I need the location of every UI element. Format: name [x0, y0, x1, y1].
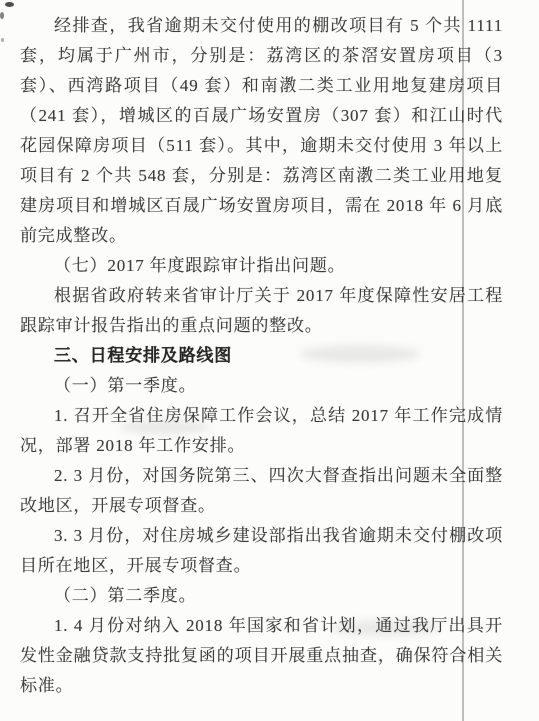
scan-speck — [1, 38, 4, 42]
body-paragraph-q1-item-3: 3. 3 月份，对住房城乡建设部指出我省逾期未交付棚改项目所在地区，开展专项督查… — [20, 521, 503, 581]
scanned-document-page: 经排查，我省逾期未交付使用的棚改项目有 5 个共 1111 套，均属于广州市，分… — [0, 0, 539, 721]
body-paragraph-shantytown-overdue: 经排查，我省逾期未交付使用的棚改项目有 5 个共 1111 套，均属于广州市，分… — [20, 11, 503, 251]
body-paragraph-first-quarter: （一）第一季度。 — [20, 371, 503, 401]
body-paragraph-item-seven: （七）2017 年度跟踪审计指出问题。 — [20, 251, 503, 281]
body-paragraph-second-quarter: （二）第二季度。 — [20, 581, 503, 611]
body-paragraph-q1-item-1: 1. 召开全省住房保障工作会议，总结 2017 年工作完成情况，部署 2018 … — [20, 401, 503, 461]
body-paragraph-audit-rectification: 根据省政府转来省审计厅关于 2017 年度保障性安居工程跟踪审计报告指出的重点问… — [20, 281, 503, 341]
document-content: 经排查，我省逾期未交付使用的棚改项目有 5 个共 1111 套，均属于广州市，分… — [20, 11, 503, 701]
scan-speck — [5, 2, 14, 7]
scan-speck — [0, 12, 4, 19]
body-paragraph-q2-item-1: 1. 4 月份对纳入 2018 年国家和省计划，通过我厅出具开发性金融贷款支持批… — [20, 611, 503, 701]
section-heading-schedule: 三、日程安排及路线图 — [20, 341, 503, 371]
body-paragraph-q1-item-2: 2. 3 月份，对国务院第三、四次大督查指出问题未全面整改地区，开展专项督查。 — [20, 461, 503, 521]
